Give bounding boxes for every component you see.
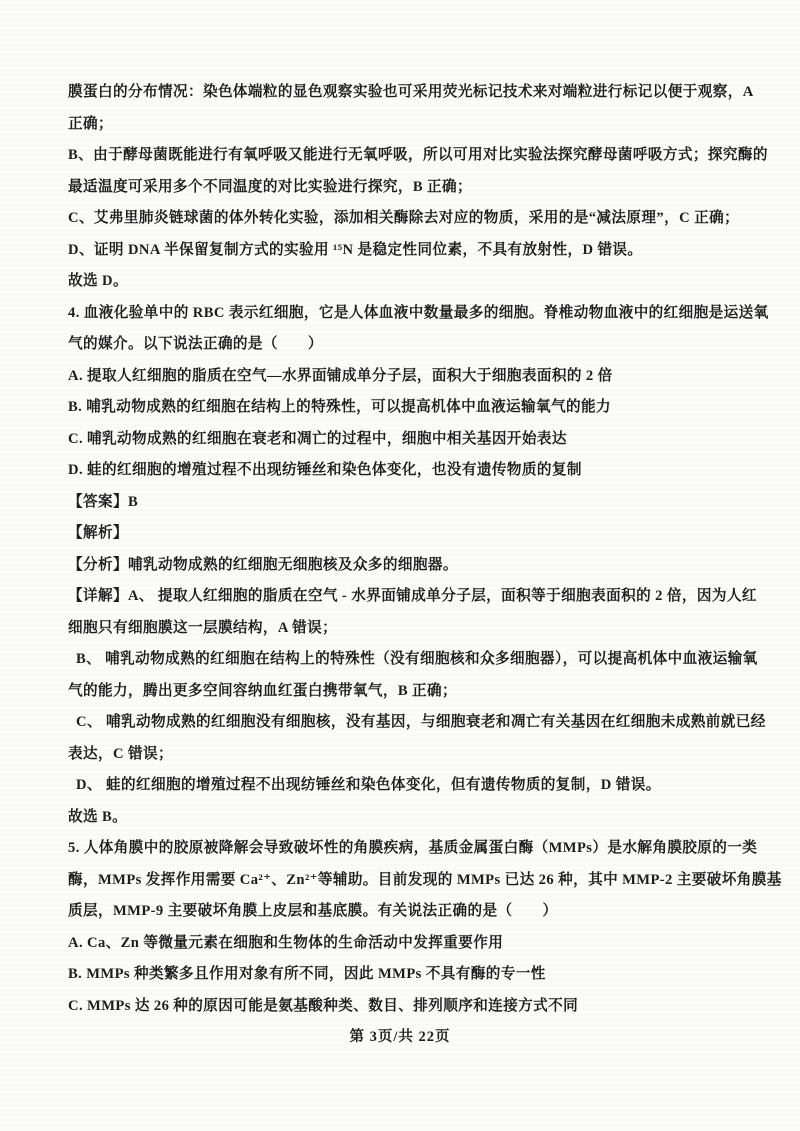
explanation-line: 最适温度可采用多个不同温度的对比实验进行探究，B 正确； bbox=[68, 172, 758, 204]
detail-explanation-line: 细胞只有细胞膜这一层膜结构，A 错误； bbox=[68, 613, 758, 645]
final-answer-q3: 故选 D。 bbox=[68, 266, 758, 298]
final-answer-q4: 故选 B。 bbox=[68, 802, 758, 834]
document-body: 膜蛋白的分布情况：染色体端粒的显色观察实验也可采用荧光标记技术来对端粒进行标记以… bbox=[68, 77, 758, 1022]
question-5-stem-line: 酶，MMPs 发挥作用需要 Ca²⁺、Zn²⁺等辅助。目前发现的 MMPs 已达… bbox=[68, 865, 758, 897]
question-5-stem-line: 质层，MMP-9 主要破坏角膜上皮层和基底膜。有关说法正确的是（ ） bbox=[68, 896, 758, 928]
answer-label-q4: 【答案】B bbox=[68, 487, 758, 519]
question-4-option-d: D. 蛙的红细胞的增殖过程不出现纺锤丝和染色体变化，也没有遗传物质的复制 bbox=[68, 455, 758, 487]
page-number: 第 3页/共 22页 bbox=[0, 1026, 800, 1048]
scanned-exam-page: 膜蛋白的分布情况：染色体端粒的显色观察实验也可采用荧光标记技术来对端粒进行标记以… bbox=[0, 0, 800, 1131]
detail-explanation-option-a: 【详解】A、 提取人红细胞的脂质在空气 - 水界面铺成单分子层，面积等于细胞表面… bbox=[68, 581, 758, 613]
question-4-option-b: B. 哺乳动物成熟的红细胞在结构上的特殊性，可以提高机体中血液运输氧气的能力 bbox=[68, 392, 758, 424]
explanation-line-option-d: D、证明 DNA 半保留复制方式的实验用 ¹⁵N 是稳定性同位素，不具有放射性，… bbox=[68, 235, 758, 267]
detail-explanation-line: 气的能力，腾出更多空间容纳血红蛋白携带氧气，B 正确； bbox=[68, 676, 758, 708]
explanation-line: 膜蛋白的分布情况：染色体端粒的显色观察实验也可采用荧光标记技术来对端粒进行标记以… bbox=[68, 77, 758, 109]
question-4-option-a: A. 提取人红细胞的脂质在空气—水界面铺成单分子层，面积大于细胞表面积的 2 倍 bbox=[68, 361, 758, 393]
detail-explanation-line: 表达，C 错误； bbox=[68, 739, 758, 771]
question-5-option-c: C. MMPs 达 26 种的原因可能是氨基酸种类、数目、排列顺序和连接方式不同 bbox=[68, 991, 758, 1023]
detail-explanation-option-c: C、 哺乳动物成熟的红细胞没有细胞核，没有基因，与细胞衰老和凋亡有关基因在红细胞… bbox=[68, 707, 758, 739]
question-4-stem-line: 气的媒介。以下说法正确的是（ ） bbox=[68, 329, 758, 361]
question-4-stem-line: 4. 血液化验单中的 RBC 表示红细胞，它是人体血液中数量最多的细胞。脊椎动物… bbox=[68, 298, 758, 330]
detail-explanation-option-b: B、 哺乳动物成熟的红细胞在结构上的特殊性（没有细胞核和众多细胞器），可以提高机… bbox=[68, 644, 758, 676]
explanation-line: 正确； bbox=[68, 109, 758, 141]
explanation-line-option-b: B、由于酵母菌既能进行有氧呼吸又能进行无氧呼吸，所以可用对比实验法探究酵母菌呼吸… bbox=[68, 140, 758, 172]
question-5-option-b: B. MMPs 种类繁多且作用对象有所不同，因此 MMPs 不具有酶的专一性 bbox=[68, 959, 758, 991]
question-5-option-a: A. Ca、Zn 等微量元素在细胞和生物体的生命活动中发挥重要作用 bbox=[68, 928, 758, 960]
analysis-label: 【解析】 bbox=[68, 518, 758, 550]
question-5-stem-line: 5. 人体角膜中的胶原被降解会导致破坏性的角膜疾病，基质金属蛋白酶（MMPs）是… bbox=[68, 833, 758, 865]
analysis-line: 【分析】哺乳动物成熟的红细胞无细胞核及众多的细胞器。 bbox=[68, 550, 758, 582]
explanation-line-option-c: C、艾弗里肺炎链球菌的体外转化实验，添加相关酶除去对应的物质，采用的是“减法原理… bbox=[68, 203, 758, 235]
detail-explanation-option-d: D、 蛙的红细胞的增殖过程不出现纺锤丝和染色体变化，但有遗传物质的复制，D 错误… bbox=[68, 770, 758, 802]
question-4-option-c: C. 哺乳动物成熟的红细胞在衰老和凋亡的过程中，细胞中相关基因开始表达 bbox=[68, 424, 758, 456]
